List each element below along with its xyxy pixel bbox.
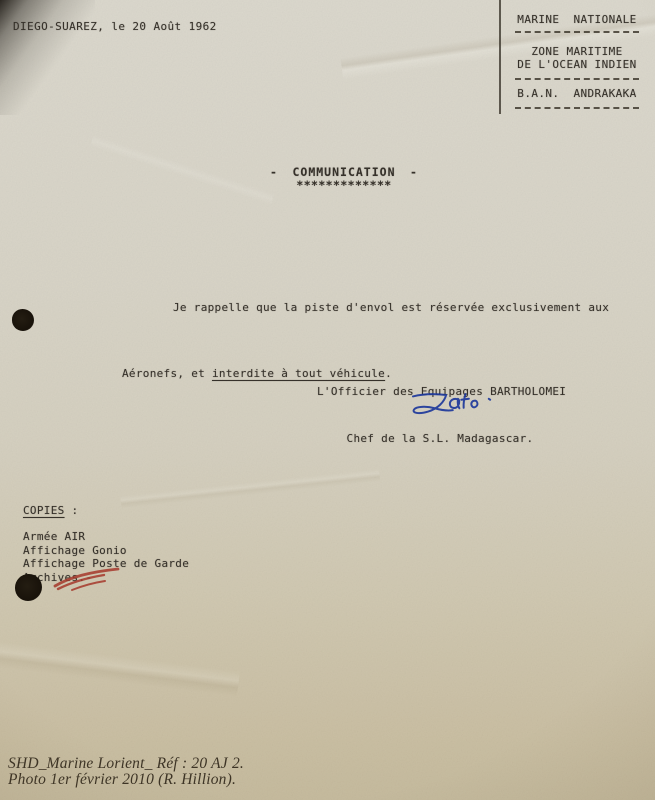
letterhead-divider [515,31,639,33]
letterhead: MARINE NATIONALE ZONE MARITIME DE L'OCEA… [502,0,652,109]
copies-item-armee-air: Armée AIR [23,530,189,544]
letterhead-divider [515,78,639,80]
officer-role: Chef de la S.L. Madagascar. [317,431,563,447]
letterhead-divider [515,107,639,109]
archive-caption: SHD_Marine Lorient_ Réf : 20 AJ 2. Photo… [8,756,244,788]
corner-shadow [0,0,95,115]
title-star-underline: ************* [270,178,418,192]
body-line-2-prefix: Aéronefs, et [122,367,212,380]
hole-punch-top [12,309,34,331]
paper-crease [0,612,243,714]
copies-heading: COPIES : [23,504,189,517]
red-pencil-mark [48,562,128,592]
archive-caption-line-2: Photo 1er février 2010 (R. Hillion). [8,772,244,788]
copies-heading-colon: : [65,504,79,517]
document-photo: DIEGO-SUAREZ, le 20 Août 1962 MARINE NAT… [0,0,655,800]
signature-ink [401,386,496,422]
letterhead-line-ban-andrakaka: B.A.N. ANDRAKAKA [502,87,652,100]
copies-heading-word: COPIES [23,504,65,517]
hole-punch-bottom [15,574,42,601]
dateline: DIEGO-SUAREZ, le 20 Août 1962 [13,20,217,33]
letterhead-line-zone-maritime: ZONE MARITIME [502,45,652,58]
letterhead-line-marine-nationale: MARINE NATIONALE [502,0,652,26]
paper-crease [86,120,279,217]
communication-title: - COMMUNICATION - [270,165,418,179]
title-dash-left: - [270,165,278,179]
copies-item-affichage-gonio: Affichage Gonio [23,544,189,558]
archive-caption-line-1: SHD_Marine Lorient_ Réf : 20 AJ 2. [8,756,244,772]
title-text: COMMUNICATION [292,165,395,179]
letterhead-left-rule [499,0,501,114]
title-dash-right: - [410,165,418,179]
body-line-1: Je rappelle que la piste d'envol est rés… [122,297,609,319]
letterhead-line-ocean-indien: DE L'OCEAN INDIEN [502,58,652,71]
